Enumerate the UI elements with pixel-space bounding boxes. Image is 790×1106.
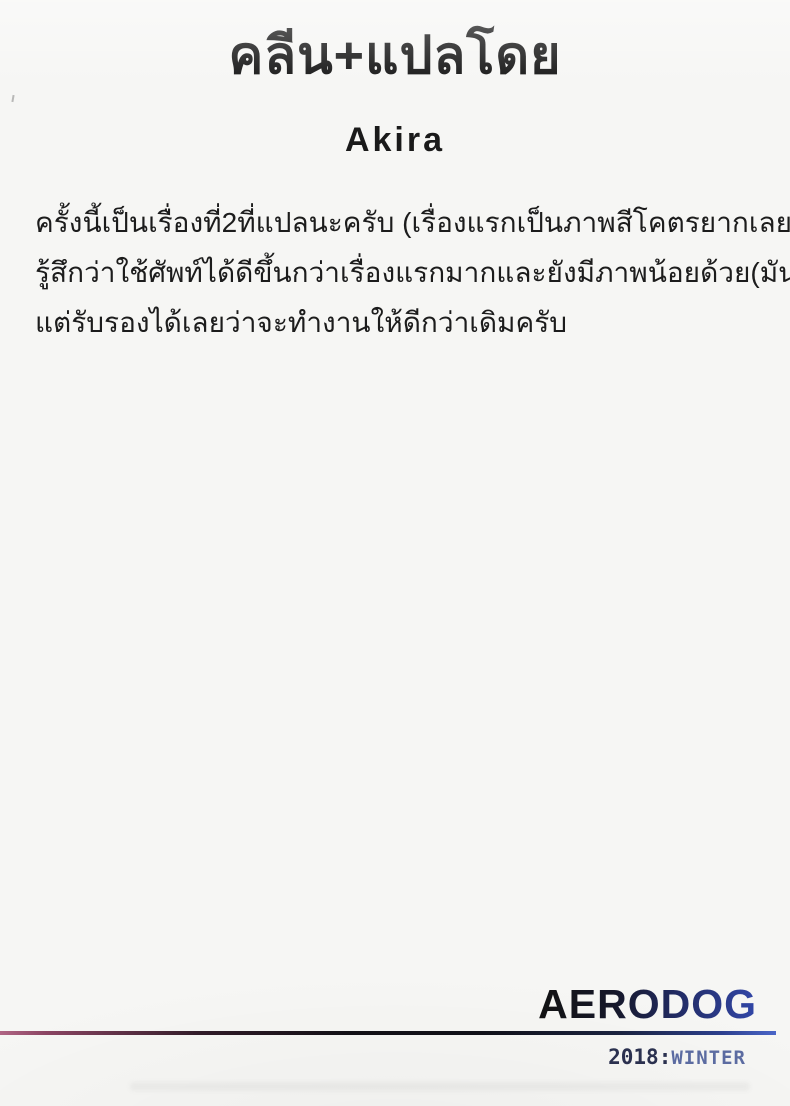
note-line: ครั้งนี้เป็นเรื่องที่2ที่แปลนะครับ (เรื่… (35, 198, 765, 248)
scan-smudge (130, 1082, 750, 1091)
edition-separator: : (659, 1045, 672, 1069)
page-title: คลีน+แปลโดย (0, 22, 790, 90)
edition-label: 2018:WINTER (608, 1044, 746, 1071)
aerodog-logo: AERODOG (538, 982, 757, 1026)
document-page: คลีน+แปลโดย Akira ครั้งนี้เป็นเรื่องที่2… (0, 0, 790, 1106)
scan-speck (11, 95, 14, 102)
translator-name: Akira (0, 118, 790, 162)
note-line: รู้สึกว่าใช้ศัพท์ได้ดีขึ้นกว่าเรื่องแรกม… (35, 248, 765, 298)
footer-divider-rule (0, 1031, 776, 1035)
note-line: แต่รับรองได้เลยว่าจะทำงานให้ดีกว่าเดิมคร… (35, 298, 765, 348)
translator-note: ครั้งนี้เป็นเรื่องที่2ที่แปลนะครับ (เรื่… (35, 198, 765, 348)
edition-year: 2018 (608, 1045, 659, 1069)
edition-season: WINTER (671, 1047, 746, 1069)
